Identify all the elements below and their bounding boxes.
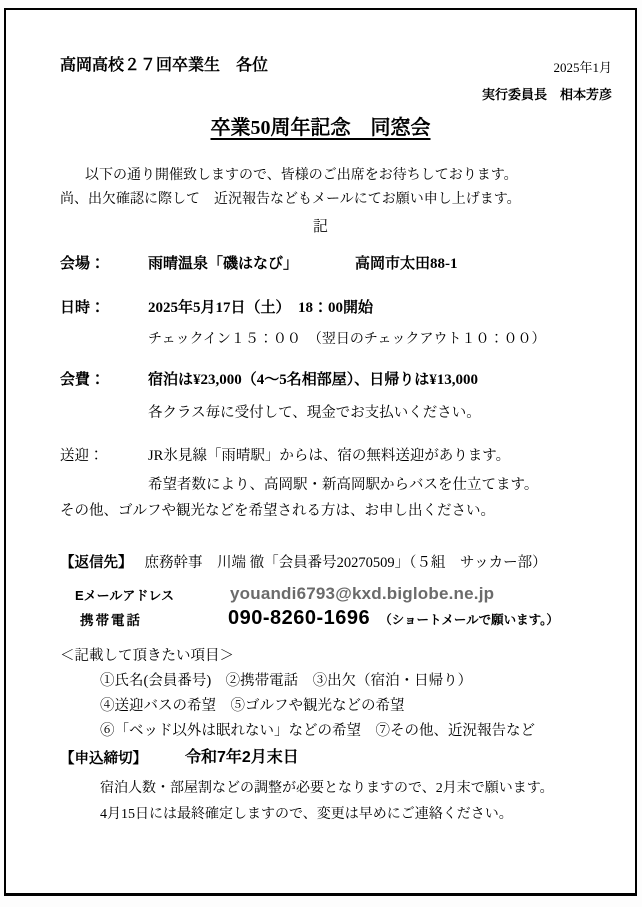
datetime-value: 2025年5月17日（土） 18：00開始 bbox=[148, 299, 373, 318]
email-label: Eメールアドレス bbox=[75, 588, 174, 604]
intro-line-1: 以下の通り開催致しますので、皆様のご出席をお待ちしております。 bbox=[85, 167, 518, 185]
fee-value: 宿泊は¥23,000（4～5名相部屋）、日帰りは¥13,000 bbox=[148, 371, 478, 390]
requested-items-line-2: ④送迎バスの希望 ⑤ゴルフや観光などの希望 bbox=[100, 697, 405, 715]
shuttle-label: 送迎： bbox=[60, 447, 104, 465]
venue-label: 会場： bbox=[60, 255, 105, 274]
deadline-note-2: 4月15日には最終確定しますので、変更は早めにご連絡ください。 bbox=[100, 806, 513, 824]
intro-line-2: 尚、出欠確認に際して 近況報告などもメールにてお願い申し上げます。 bbox=[60, 191, 521, 209]
phone-note: （ショートメールで願います。） bbox=[379, 613, 559, 629]
organizer-line: 実行委員長 相本芳彦 bbox=[482, 87, 612, 103]
datetime-label: 日時： bbox=[60, 299, 105, 318]
reply-to-contact: 庶務幹事 川端 徹「会員番号20270509」（５組 サッカー部） bbox=[145, 555, 547, 571]
checkin-info: チェックイン１５：００ （翌日のチェックアウト１０：００） bbox=[148, 331, 545, 349]
deadline-note-1: 宿泊人数・部屋割などの調整が必要となりますので、2月末で願います。 bbox=[100, 780, 554, 798]
document-page: 高岡高校２７回卒業生 各位 2025年1月 実行委員長 相本芳彦 卒業50周年記… bbox=[4, 8, 637, 896]
reply-to-row: 【返信先】庶務幹事 川端 徹「会員番号20270509」（５組 サッカー部） bbox=[60, 554, 547, 572]
shuttle-info-1: JR氷見線「雨晴駅」からは、宿の無料送迎があります。 bbox=[148, 447, 510, 465]
requested-items-line-3: ⑥「ベッド以外は眠れない」などの希望 ⑦その他、近況報告など bbox=[100, 722, 535, 740]
fee-payment-note: 各クラス毎に受付して、現金でお支払いください。 bbox=[148, 404, 481, 422]
deadline-label: 【申込締切】 bbox=[60, 750, 147, 768]
fee-label: 会費： bbox=[60, 371, 105, 390]
page-title: 卒業50周年記念 同窓会 bbox=[6, 116, 635, 141]
requested-items-line-1: ①氏名(会員番号) ②携帯電話 ③出欠（宿泊・日帰り） bbox=[100, 672, 472, 690]
other-requests-note: その他、ゴルフや観光などを希望される方は、お申し出ください。 bbox=[60, 502, 495, 520]
phone-label: 携帯電話 bbox=[80, 613, 142, 630]
issue-date: 2025年1月 bbox=[553, 60, 612, 76]
deadline-date: 令和7年2月末日 bbox=[185, 748, 299, 768]
recipient-line: 高岡高校２７回卒業生 各位 bbox=[60, 56, 268, 76]
venue-address: 高岡市太田88-1 bbox=[355, 255, 458, 274]
shuttle-info-2: 希望者数により、高岡駅・新高岡駅からバスを仕立てます。 bbox=[148, 476, 538, 494]
record-marker: 記 bbox=[6, 218, 635, 237]
phone-number: 090-8260-1696 bbox=[228, 606, 370, 631]
phone-row: 090-8260-1696 （ショートメールで願います。） bbox=[228, 606, 559, 631]
reply-to-label: 【返信先】 bbox=[60, 555, 133, 571]
email-address: youandi6793@kxd.biglobe.ne.jp bbox=[230, 583, 494, 604]
requested-items-heading: ＜記載して頂きたい項目＞ bbox=[60, 647, 234, 665]
venue-name: 雨晴温泉「磯はなび」 bbox=[148, 255, 298, 274]
